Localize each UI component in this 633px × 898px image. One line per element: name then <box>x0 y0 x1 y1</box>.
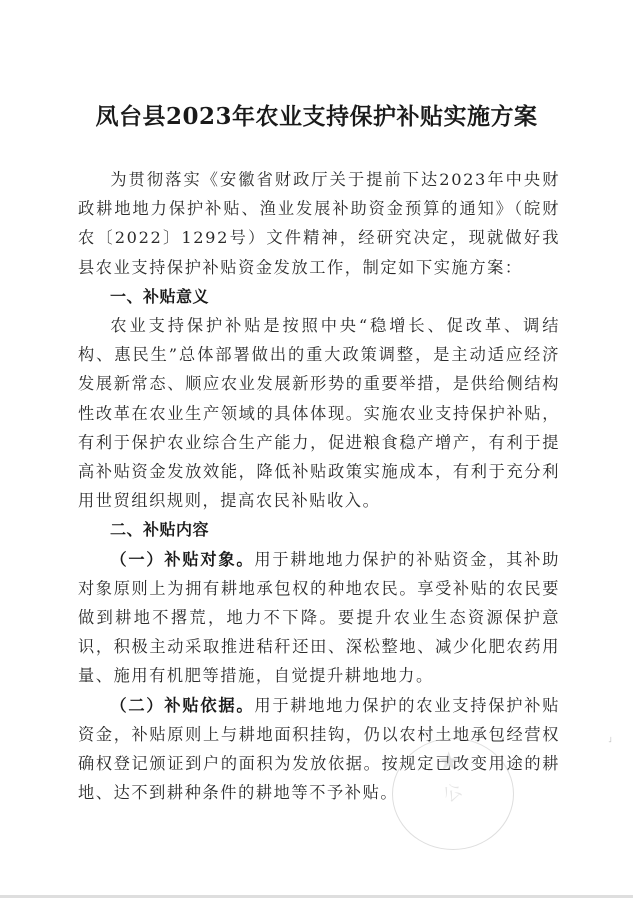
subsection-text: 用于耕地地力保护的补贴资金，其补助对象原则上为拥有耕地承包权的种地农民。享受补贴… <box>78 550 560 686</box>
section-heading-content: 二、补贴内容 <box>78 515 560 544</box>
significance-paragraph: 农业支持保护补贴是按照中央“稳增长、促改革、调结构、惠民生”总体部署做出的重大政… <box>78 311 560 515</box>
scan-mark-icon: ˩ <box>608 735 612 744</box>
document-page: 凤台县2023年农业支持保护补贴实施方案 为贯彻落实《安徽省财政厅关于提前下达2… <box>0 0 633 895</box>
intro-paragraph: 为贯彻落实《安徽省财政厅关于提前下达2023年中央财政耕地地力保护补贴、渔业发展… <box>78 165 560 282</box>
subsection-subsidy-target: （一）补贴对象。用于耕地地力保护的补贴资金，其补助对象原则上为拥有耕地承包权的种… <box>78 545 560 691</box>
subsection-label: （一）补贴对象。 <box>110 550 254 569</box>
subsection-label: （二）补贴依据。 <box>110 696 254 715</box>
subsection-subsidy-basis: （二）补贴依据。用于耕地地力保护的农业支持保护补贴资金，补贴原则上与耕地面积挂钩… <box>78 691 560 808</box>
section-heading-significance: 一、补贴意义 <box>78 282 560 311</box>
document-title: 凤台县2023年农业支持保护补贴实施方案 <box>0 102 633 132</box>
document-body: 为贯彻落实《安徽省财政厅关于提前下达2023年中央财政耕地地力保护补贴、渔业发展… <box>78 165 560 807</box>
